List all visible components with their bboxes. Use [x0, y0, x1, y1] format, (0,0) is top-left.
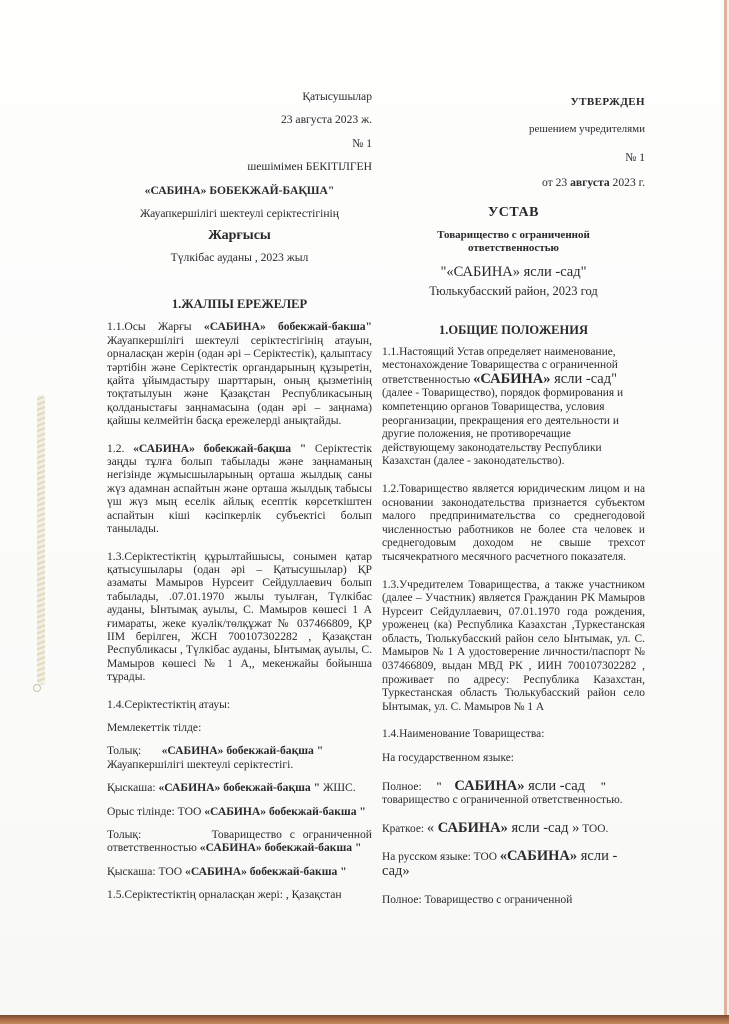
ru-decision: решением учредителями	[382, 123, 645, 136]
ru-org-name: "«САБИНА» ясли -сад"	[382, 266, 645, 279]
org-name: «САБИНА» бобекжай-бақша "	[158, 781, 320, 794]
kz-org-name: «САБИНА» БОБЕКЖАЙ-БАҚША"	[107, 184, 372, 197]
label: Қыскаша: ТОО	[107, 865, 185, 878]
kz-section-1: 1.ЖАЛПЫ ЕРЕЖЕЛЕР 1.1.Осы Жарғы «САБИНА» …	[107, 298, 372, 912]
text: ЖШС.	[320, 781, 356, 794]
kz-para-1-2: 1.2. «САБИНА» бобекжай-бақша " Серіктест…	[107, 442, 372, 536]
ru-section-title: 1.ОБЩИЕ ПОЛОЖЕНИЯ	[382, 324, 645, 338]
kz-place-year: Түлкібас ауданы , 2023 жыл	[107, 251, 372, 264]
ru-short-name: Краткое: « САБИНА» ясли -сад » ТОО.	[382, 822, 645, 837]
ru-org-type: Товарищество с ограниченной ответственно…	[382, 229, 645, 256]
org-name-suffix: ясли -сад	[524, 778, 588, 794]
kz-participants: Қатысушылар	[107, 90, 372, 103]
kz-ru-name: Орыс тілінде: ТОО «САБИНА» бобекжай-бакш…	[107, 805, 372, 818]
text: товарищество с ограниченной ответственно…	[382, 794, 623, 806]
text: 1.1.Осы Жарғы	[107, 320, 204, 333]
text: 1.2.	[107, 442, 133, 455]
quote: «	[427, 820, 438, 836]
org-name: «САБИНА»	[473, 371, 550, 387]
kz-full-name: Толық: «САБИНА» бобекжай-бақша "Жауапкер…	[107, 744, 372, 771]
table-surface	[0, 1015, 729, 1024]
ru-ru-name: На русском языке: ТОО «САБИНА» ясли - са…	[382, 850, 645, 879]
kz-section-title: 1.ЖАЛПЫ ЕРЕЖЕЛЕР	[107, 298, 372, 311]
label: Толық:	[107, 828, 141, 841]
month: августа	[570, 176, 610, 189]
kz-para-1-5: 1.5.Серіктестіктің орналасқан жері: , Қа…	[107, 888, 372, 901]
text: 2023 г.	[610, 176, 645, 189]
ru-place-year: Тюлькубасский район, 2023 год	[382, 285, 645, 298]
kz-short-name: Қыскаша: «САБИНА» бобекжай-бақша " ЖШС.	[107, 781, 372, 794]
org-name-suffix: ясли -сад »	[508, 820, 579, 836]
kz-org-type: Жауапкершілігі шектеулі серіктестігінің	[107, 207, 372, 220]
binding-string-end	[33, 684, 41, 692]
ru-approved: УТВЕРЖДЕН	[382, 96, 645, 109]
ru-state-lang: На государственном языке:	[382, 752, 645, 766]
text: (далее - Товарищество), порядок формиров…	[382, 387, 623, 467]
ru-header: УТВЕРЖДЕН решением учредителями № 1 от 2…	[382, 96, 645, 299]
kz-approved: шешімімен БЕКІТІЛГЕН	[107, 160, 372, 173]
ru-para-1-2: 1.2.Товарищество является юридическим ли…	[382, 483, 645, 565]
ru-full-name: Полное: " САБИНА» ясли -сад "товариществ…	[382, 780, 645, 808]
kz-para-1-3: 1.3.Серіктестіктің құрылтайшысы, сонымен…	[107, 550, 372, 684]
text: Жауапкершілігі шектеулі серіктестігінің …	[107, 334, 372, 427]
label: Полное:	[382, 781, 424, 793]
org-name: «САБИНА» бобекжай-бакша "	[204, 805, 366, 818]
ru-para-1-1: 1.1.Настоящий Устав определяет наименова…	[382, 346, 645, 469]
quote: "	[600, 781, 606, 793]
quote: "	[436, 781, 442, 793]
ru-section-1: 1.ОБЩИЕ ПОЛОЖЕНИЯ 1.1.Настоящий Устав оп…	[382, 324, 645, 917]
org-name: «САБИНА» бобекжай-бакша "	[200, 841, 362, 854]
text: Серіктестік заңды тұлға болып табылады ж…	[107, 442, 372, 535]
kz-date: 23 августа 2023 ж.	[107, 113, 372, 126]
label: Толық:	[107, 744, 141, 757]
label: На русском языке: ТОО	[382, 851, 500, 863]
org-name: «САБИНА» бобекжай-бакша"	[204, 320, 372, 333]
ru-full-ru-name: Полное: Товарищество с ограниченной	[382, 894, 645, 908]
ru-doc-title: УСТАВ	[382, 206, 645, 219]
label: Қыскаша:	[107, 781, 158, 794]
org-name-suffix: ясли -сад"	[551, 371, 618, 387]
kz-doc-title: Жарғысы	[107, 229, 372, 242]
ru-para-1-3: 1.3.Учредителем Товарищества, а также уч…	[382, 579, 645, 715]
org-name: САБИНА»	[451, 778, 525, 794]
kz-ru-short-name: Қыскаша: ТОО «САБИНА» бобекжай-бакша "	[107, 865, 372, 878]
kz-para-1-4: 1.4.Серіктестіктің атауы:	[107, 698, 372, 711]
org-name: «САБИНА»	[500, 848, 577, 864]
ru-para-1-4: 1.4.Наименование Товарищества:	[382, 728, 645, 742]
ru-date: от 23 августа 2023 г.	[382, 176, 645, 189]
org-name: «САБИНА» бобекжай-бақша "	[162, 744, 324, 757]
kz-state-lang: Мемлекеттік тілде:	[107, 721, 372, 734]
kz-para-1-1: 1.1.Осы Жарғы «САБИНА» бобекжай-бакша" Ж…	[107, 320, 372, 427]
kz-number: № 1	[107, 137, 372, 150]
label: Орыс тілінде: ТОО	[107, 805, 204, 818]
text: Жауапкершілігі шектеулі серіктестігі.	[107, 758, 293, 771]
org-name: «САБИНА» бобекжай-бакша "	[185, 865, 347, 878]
org-name: САБИНА»	[438, 820, 508, 836]
text: от 23	[542, 176, 570, 189]
kz-ru-full-name: Толық: Товарищество с ограниченной ответ…	[107, 828, 372, 855]
binding-string	[37, 395, 45, 685]
label: Краткое:	[382, 823, 427, 835]
ru-number: № 1	[382, 151, 645, 164]
text: ТОО.	[579, 823, 608, 835]
kz-header: Қатысушылар 23 августа 2023 ж. № 1 шешім…	[107, 90, 372, 264]
org-name: «САБИНА» бобекжай-бақша "	[133, 442, 306, 455]
